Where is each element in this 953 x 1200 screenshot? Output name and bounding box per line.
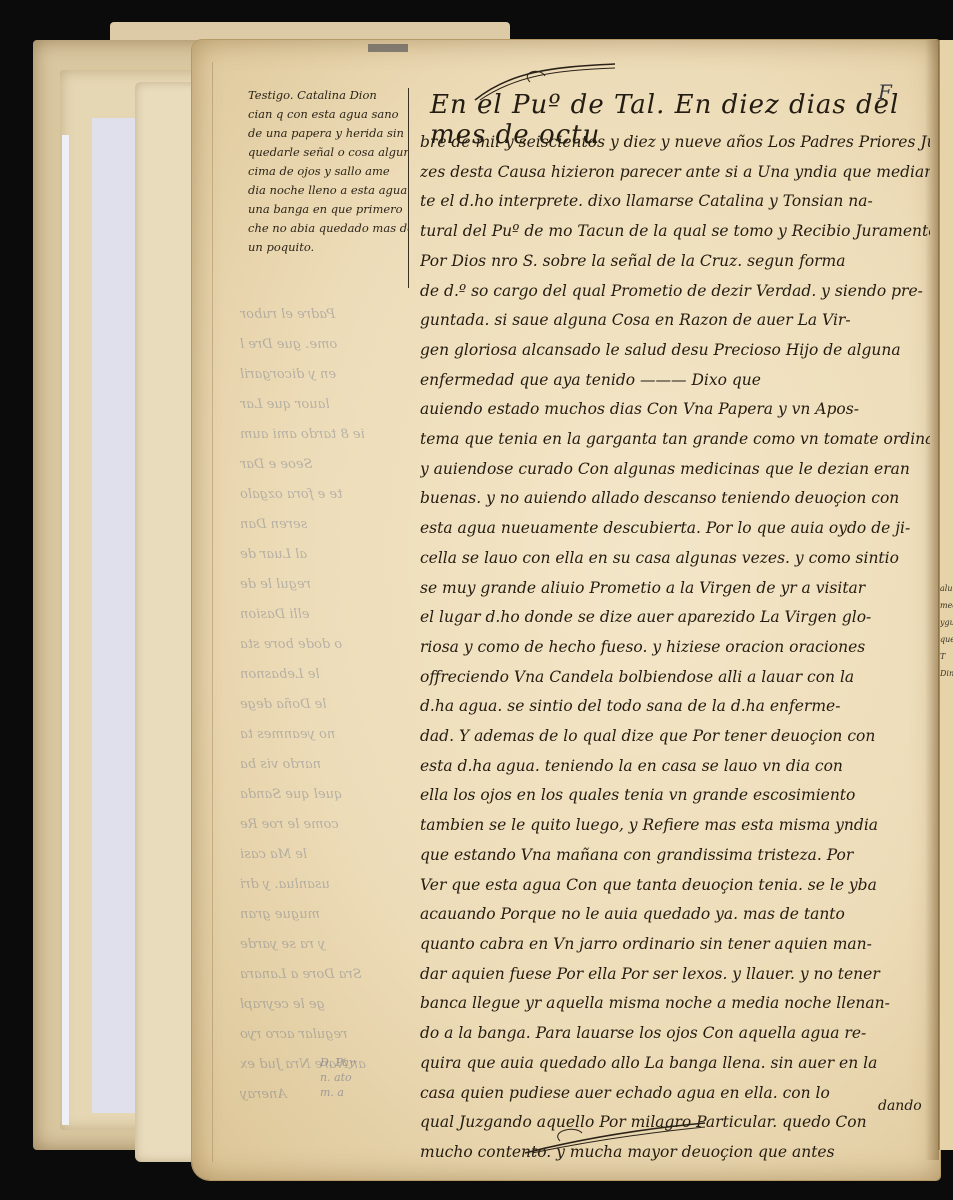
bleed-line: Seoe e Dar — [240, 450, 410, 480]
margin-note-line: de una papera y herida sin — [248, 124, 408, 143]
fragment-line: ygua — [940, 614, 953, 631]
bleed-line: y ra se yarde — [240, 930, 410, 960]
margin-note-line: dia noche lleno a esta agua — [248, 181, 408, 200]
body-line: Ver que esta agua Con que tanta deuoçion… — [420, 871, 930, 901]
body-line: se muy grande aliuio Prometio a la Virge… — [420, 574, 930, 604]
body-line: guntada. si saue alguna Cosa en Razon de… — [420, 306, 930, 336]
bleed-line: mugue gran — [240, 900, 410, 930]
body-line: auiendo estado muchos dias Con Vna Paper… — [420, 395, 930, 425]
body-line: dad. Y ademas de lo qual dize que Por te… — [420, 722, 930, 752]
bleed-through-text: Padre el rubor ome. gue Dre l en y dicor… — [240, 300, 410, 1110]
margin-brace — [408, 88, 415, 288]
body-line: banca llegue yr aquella misma noche a me… — [420, 989, 930, 1019]
body-line: tema que tenia en la garganta tan grande… — [420, 425, 930, 455]
body-line: d.ha agua. se sintio del todo sana de la… — [420, 692, 930, 722]
bleed-line: en y dicorgaril — [240, 360, 410, 390]
pencil-note-line: D. Pay — [320, 1055, 400, 1070]
body-line: Por Dios nro S. sobre la señal de la Cru… — [420, 247, 930, 277]
bottom-flourish-icon — [520, 1115, 710, 1155]
body-line: tambien se le quito luego, y Refiere mas… — [420, 811, 930, 841]
body-line: cella se lauo con ella en su casa alguna… — [420, 544, 930, 574]
folio-stamp — [368, 44, 408, 52]
body-line: te el d.ho interprete. dixo llamarse Cat… — [420, 187, 930, 217]
bleed-line: ome. gue Dre l — [240, 330, 410, 360]
body-line: que estando Vna mañana con grandissima t… — [420, 841, 930, 871]
pencil-note-line: n. ato — [320, 1070, 400, 1085]
bleed-line: ie 8 tardo ami aum — [240, 420, 410, 450]
margin-note-line: Testigo. Catalina Dion — [248, 86, 408, 105]
bleed-line: Padre el rubor — [240, 300, 410, 330]
margin-note-line: un poquito. — [248, 238, 408, 257]
body-line: bre de mil y seiscientos y diez y nueve … — [420, 128, 930, 158]
bleed-line: come le roe Re — [240, 810, 410, 840]
mount-strip-narrow — [62, 135, 69, 1125]
body-line: casa quien pudiese auer echado agua en e… — [420, 1079, 930, 1109]
bleed-line: le Doña dege — [240, 690, 410, 720]
margin-note-line: quedarle señal o cosa alguna — [248, 143, 408, 162]
body-line: y auiendose curado Con algunas medicinas… — [420, 455, 930, 485]
body-line: enfermedad que aya tenido ——— Dixo que — [420, 366, 930, 396]
body-line: de d.º so cargo del qual Prometio de dez… — [420, 277, 930, 307]
body-line: quanto cabra en Vn jarro ordinario sin t… — [420, 930, 930, 960]
margin-note-line: cian q con esta agua sano — [248, 105, 408, 124]
body-line: buenas. y no auiendo allado descanso ten… — [420, 484, 930, 514]
body-line: gen gloriosa alcansado le salud desu Pre… — [420, 336, 930, 366]
fragment-line: mede — [940, 597, 953, 614]
bleed-line: regular acro ryo — [240, 1020, 410, 1050]
bleed-line: ge le ceyrapl — [240, 990, 410, 1020]
bleed-line: usanlua. y dri — [240, 870, 410, 900]
bleed-line: le Lebasnon — [240, 660, 410, 690]
body-line: ella los ojos en los quales tenia vn gra… — [420, 781, 930, 811]
margin-note-line: che no abia quedado mas de — [248, 219, 408, 238]
body-line: tural del Puº de mo Tacun de la qual se … — [420, 217, 930, 247]
fragment-line: que T — [940, 631, 953, 665]
bleed-line: te e fora ozgalo — [240, 480, 410, 510]
bleed-line: no yeanmes ta — [240, 720, 410, 750]
body-line: riosa y como de hecho fueso. y hiziese o… — [420, 633, 930, 663]
bleed-line: elli Dasion — [240, 600, 410, 630]
body-line: offreciendo Vna Candela bolbiendose alli… — [420, 663, 930, 693]
pencil-note-line: m. a — [320, 1085, 400, 1100]
fragment-line: alum — [940, 580, 953, 597]
pencil-note: D. Pay n. ato m. a — [320, 1055, 400, 1100]
body-line: esta d.ha agua. teniendo la en casa se l… — [420, 752, 930, 782]
margin-note: Testigo. Catalina Dion cian q con esta a… — [248, 86, 408, 257]
margin-note-line: cima de ojos y sallo ame — [248, 162, 408, 181]
bleed-line: quel que Sanda — [240, 780, 410, 810]
facing-page-fragment: alum mede ygua que T Dinc — [940, 580, 953, 682]
bleed-line: le Ma casi — [240, 840, 410, 870]
margin-note-line: una banga en que primero — [248, 200, 408, 219]
body-line: do a la banga. Para lauarse los ojos Con… — [420, 1019, 930, 1049]
bleed-line: o dode bore sta — [240, 630, 410, 660]
bleed-line: nardo vis ba — [240, 750, 410, 780]
bleed-line: regul le de — [240, 570, 410, 600]
body-line: acauando Porque no le auia quedado ya. m… — [420, 900, 930, 930]
body-line: dar aquien fuese Por ella Por ser lexos.… — [420, 960, 930, 990]
bleed-line: al Luar de — [240, 540, 410, 570]
body-line: zes desta Causa hizieron parecer ante si… — [420, 158, 930, 188]
bleed-line: Sra Dore a Lanara — [240, 960, 410, 990]
bleed-line: lauor que Lar — [240, 390, 410, 420]
body-line: el lugar d.ho donde se dize auer aparezi… — [420, 603, 930, 633]
body-line: esta agua nueuamente descubierta. Por lo… — [420, 514, 930, 544]
closing-word: dando — [878, 1098, 922, 1114]
body-line: quira que auia quedado allo La banga lle… — [420, 1049, 930, 1079]
mount-strip-blue — [92, 118, 138, 1113]
bleed-line: seren Dan — [240, 510, 410, 540]
fragment-line: Dinc — [940, 665, 953, 682]
body-text: bre de mil y seiscientos y diez y nueve … — [420, 128, 930, 1168]
